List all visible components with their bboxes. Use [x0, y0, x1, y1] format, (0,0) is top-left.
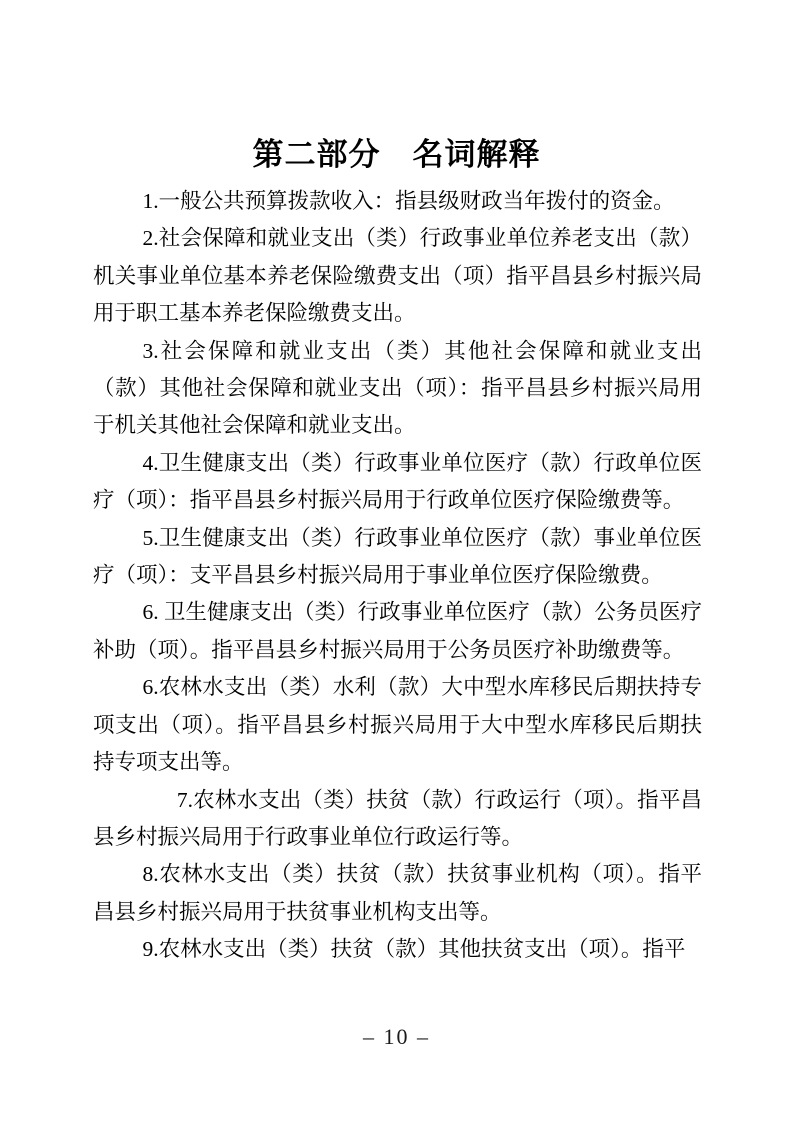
glossary-paragraph-2: 2.社会保障和就业支出（类）行政事业单位养老支出（款）机关事业单位基本养老保险缴… [93, 220, 702, 332]
glossary-paragraph-1: 1.一般公共预算拨款收入：指县级财政当年拨付的资金。 [93, 183, 702, 220]
glossary-paragraph-6: 6. 卫生健康支出（类）行政事业单位医疗（款）公务员医疗补助（项）。指平昌县乡村… [93, 594, 702, 669]
document-body: 1.一般公共预算拨款收入：指县级财政当年拨付的资金。 2.社会保障和就业支出（类… [93, 183, 702, 969]
glossary-paragraph-8: 7.农林水支出（类）扶贫（款）行政运行（项）。指平昌县乡村振兴局用于行政事业单位… [93, 782, 702, 857]
document-page: 第二部分 名词解释 1.一般公共预算拨款收入：指县级财政当年拨付的资金。 2.社… [0, 0, 793, 1122]
page-number: – 10 – [0, 1024, 793, 1050]
glossary-paragraph-5: 5.卫生健康支出（类）行政事业单位医疗（款）事业单位医疗（项）：支平昌县乡村振兴… [93, 520, 702, 595]
glossary-paragraph-9: 8.农林水支出（类）扶贫（款）扶贫事业机构（项）。指平昌县乡村振兴局用于扶贫事业… [93, 856, 702, 931]
page-title: 第二部分 名词解释 [0, 137, 793, 173]
glossary-paragraph-4: 4.卫生健康支出（类）行政事业单位医疗（款）行政单位医疗（项）：指平昌县乡村振兴… [93, 445, 702, 520]
glossary-paragraph-7: 6.农林水支出（类）水利（款）大中型水库移民后期扶持专项支出（项）。指平昌县乡村… [93, 669, 702, 781]
glossary-paragraph-3: 3.社会保障和就业支出（类）其他社会保障和就业支出（款）其他社会保障和就业支出（… [93, 333, 702, 445]
glossary-paragraph-10: 9.农林水支出（类）扶贫（款）其他扶贫支出（项）。指平 [93, 931, 702, 968]
